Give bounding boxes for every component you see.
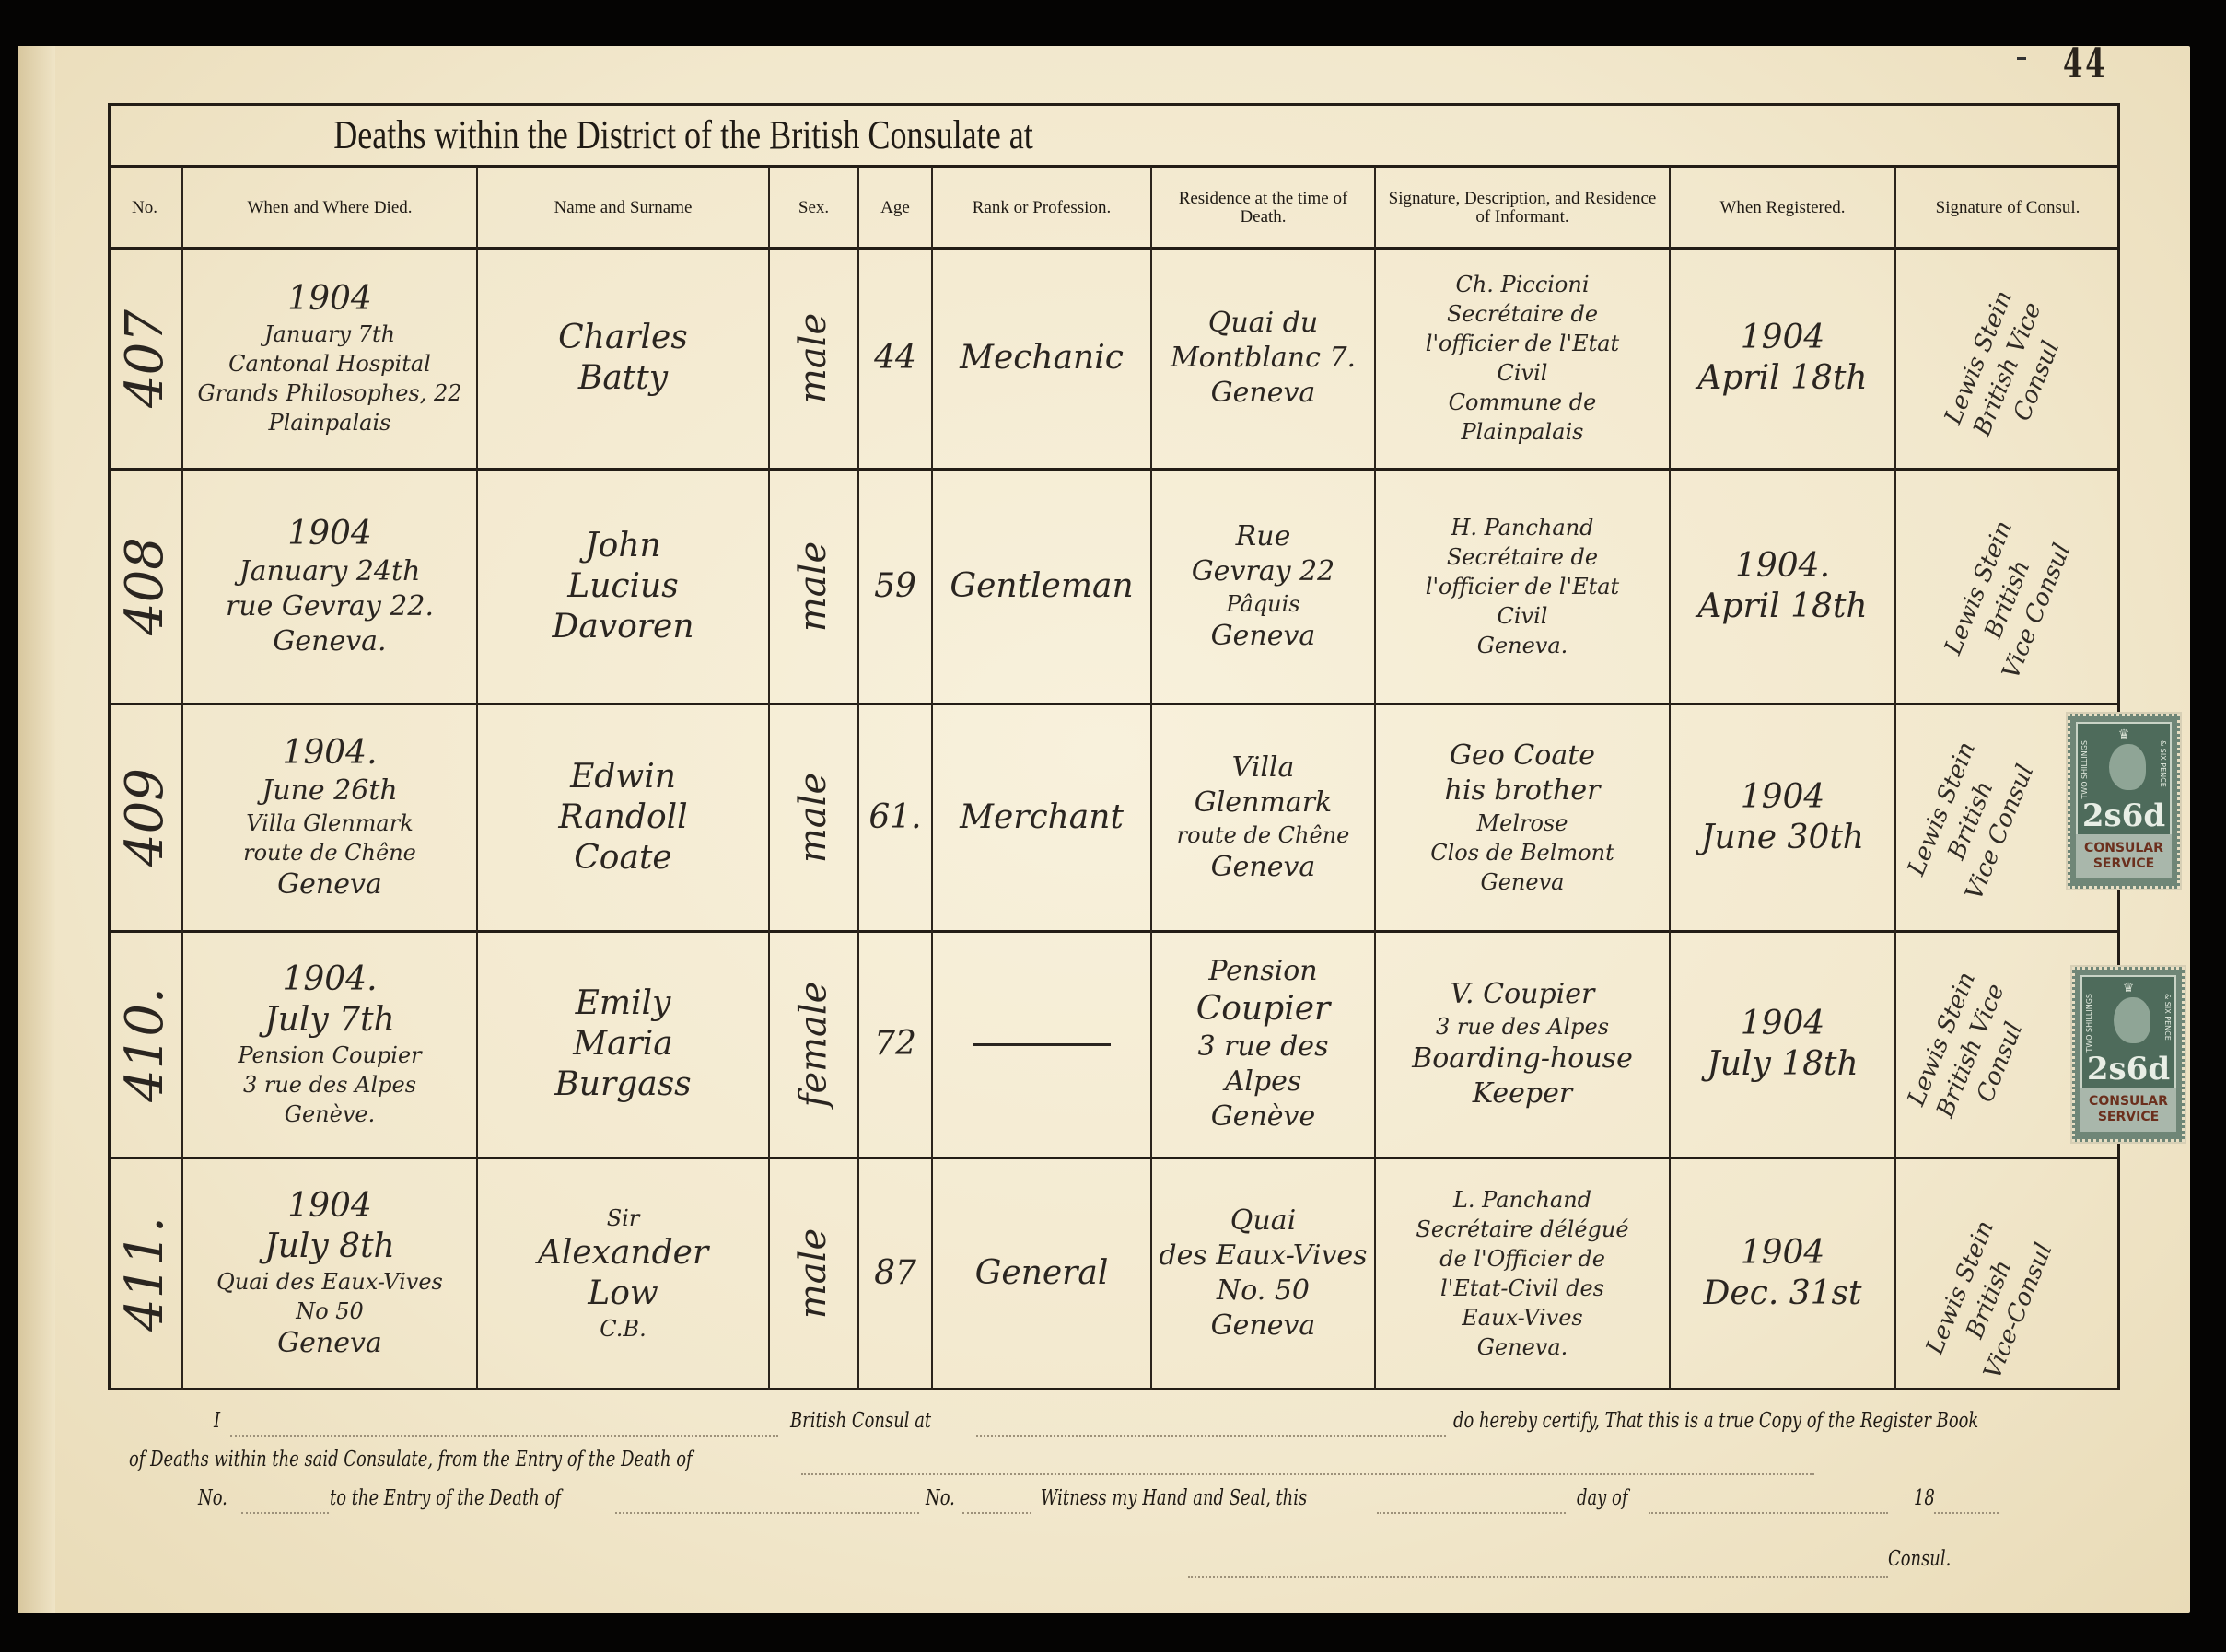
when-registered: 1904 June 30th — [1670, 704, 1895, 930]
entry-number: 409 — [115, 768, 175, 867]
residence: Quai du Montblanc 7. Geneva — [1151, 249, 1375, 468]
king-portrait — [2114, 997, 2150, 1043]
age: 87 — [874, 1253, 916, 1294]
sex: female — [793, 982, 835, 1108]
certificate-day-of: day of — [1577, 1486, 1627, 1510]
profession — [932, 932, 1151, 1157]
when-where-died: 1904. July 7th Pension Coupier 3 rue des… — [182, 932, 477, 1157]
consular-service-stamp: ♛ TWO SHILLINGS & SIX PENCE 2s6d CONSULA… — [2068, 714, 2180, 889]
certificate-consul-label: Consul. — [1888, 1547, 1951, 1571]
profession: Mechanic — [960, 338, 1124, 378]
certificate-british-consul-at: British Consul at — [790, 1409, 931, 1433]
crown-icon: ♛ — [2082, 981, 2174, 996]
consular-service-stamp: ♛ TWO SHILLINGS & SIX PENCE 2s6d CONSULA… — [2072, 967, 2185, 1142]
sex: male — [793, 772, 835, 862]
name-surname: John Lucius Davoren — [477, 470, 769, 703]
residence: Villa Glenmark route de Chêne Geneva — [1151, 704, 1375, 930]
header-no: No. — [108, 167, 181, 249]
sex: male — [793, 1228, 835, 1319]
when-where-died: 1904 January 7th Cantonal Hospital Grand… — [182, 249, 477, 468]
header-consul-signature: Signature of Consul. — [1895, 167, 2120, 249]
certificate-no-2: No. — [926, 1486, 955, 1510]
name-surname: Charles Batty — [477, 249, 769, 468]
when-registered: 1904 July 18th — [1670, 932, 1895, 1157]
king-portrait — [2109, 744, 2146, 790]
crown-icon: ♛ — [2078, 727, 2170, 743]
page-number: 44 — [2063, 41, 2107, 87]
signature-line — [1188, 1576, 1888, 1578]
certificate-i: I — [214, 1409, 220, 1433]
age: 44 — [874, 338, 916, 378]
blank-line — [1649, 1512, 1888, 1514]
blank-line — [615, 1512, 919, 1514]
entry-number: 407 — [115, 309, 175, 408]
sex: male — [793, 541, 835, 631]
name-surname: Edwin Randoll Coate — [477, 704, 769, 930]
when-registered: 1904 Dec. 31st — [1670, 1158, 1895, 1389]
age: 72 — [874, 1024, 916, 1064]
certificate-to-entry: to the Entry of the Death of — [330, 1486, 561, 1510]
profession-blank-dash — [973, 1043, 1111, 1046]
informant: L. Panchand Secrétaire délégué de l'Offi… — [1375, 1158, 1670, 1389]
entry-number: 411. — [115, 1216, 175, 1332]
header-name: Name and Surname — [477, 167, 769, 249]
when-where-died: 1904 January 24th rue Gevray 22. Geneva. — [182, 470, 477, 703]
when-where-died: 1904 July 8th Quai des Eaux-Vives No 50 … — [182, 1158, 477, 1389]
page-mark — [2017, 57, 2026, 60]
blank-line — [1934, 1512, 1999, 1514]
entry-number: 408 — [115, 537, 175, 635]
blank-line — [962, 1512, 1031, 1514]
when-registered: 1904. April 18th — [1670, 470, 1895, 703]
informant: Geo Coate his brother Melrose Clos de Be… — [1375, 704, 1670, 930]
header-when-where: When and Where Died. — [182, 167, 477, 249]
residence: Rue Gevray 22 Pâquis Geneva — [1151, 470, 1375, 703]
certificate-year-prefix: 18 — [1914, 1486, 1935, 1510]
header-sex: Sex. — [769, 167, 858, 249]
certificate-line-2: of Deaths within the said Consulate, fro… — [129, 1448, 693, 1472]
when-registered: 1904 April 18th — [1670, 249, 1895, 468]
profession: Merchant — [960, 797, 1124, 838]
blank-line — [801, 1473, 1814, 1475]
register-title: Deaths within the District of the Britis… — [212, 103, 1156, 167]
header-registered: When Registered. — [1670, 167, 1895, 249]
name-surname: Emily Maria Burgass — [477, 932, 769, 1157]
certificate-no-1: No. — [198, 1486, 227, 1510]
informant: H. Panchand Secrétaire de l'officier de … — [1375, 470, 1670, 703]
age: 61. — [868, 797, 921, 838]
profession: Gentleman — [950, 566, 1133, 607]
header-residence: Residence at the time of Death. — [1151, 167, 1375, 249]
name-surname: Sir Alexander Low C.B. — [477, 1158, 769, 1389]
certificate-witness: Witness my Hand and Seal, this — [1041, 1486, 1307, 1510]
header-profession: Rank or Profession. — [932, 167, 1151, 249]
entry-number: 410. — [115, 987, 175, 1102]
header-informant: Signature, Description, and Residence of… — [1375, 167, 1670, 249]
sex: male — [793, 313, 835, 403]
header-age: Age — [858, 167, 932, 249]
informant: Ch. Piccioni Secrétaire de l'officier de… — [1375, 249, 1670, 468]
blank-line — [976, 1435, 1446, 1437]
certificate-do-hereby-certify: do hereby certify, That this is a true C… — [1453, 1409, 1978, 1433]
age: 59 — [874, 566, 916, 607]
blank-line — [230, 1435, 778, 1437]
blank-line — [241, 1512, 329, 1514]
when-where-died: 1904. June 26th Villa Glenmark route de … — [182, 704, 477, 930]
residence: Pension Coupier 3 rue des Alpes Genève — [1151, 932, 1375, 1157]
profession: General — [975, 1253, 1109, 1294]
page-edge — [18, 46, 55, 1613]
blank-line — [1377, 1512, 1566, 1514]
residence: Quai des Eaux-Vives No. 50 Geneva — [1151, 1158, 1375, 1389]
informant: V. Coupier 3 rue des Alpes Boarding-hous… — [1375, 932, 1670, 1157]
